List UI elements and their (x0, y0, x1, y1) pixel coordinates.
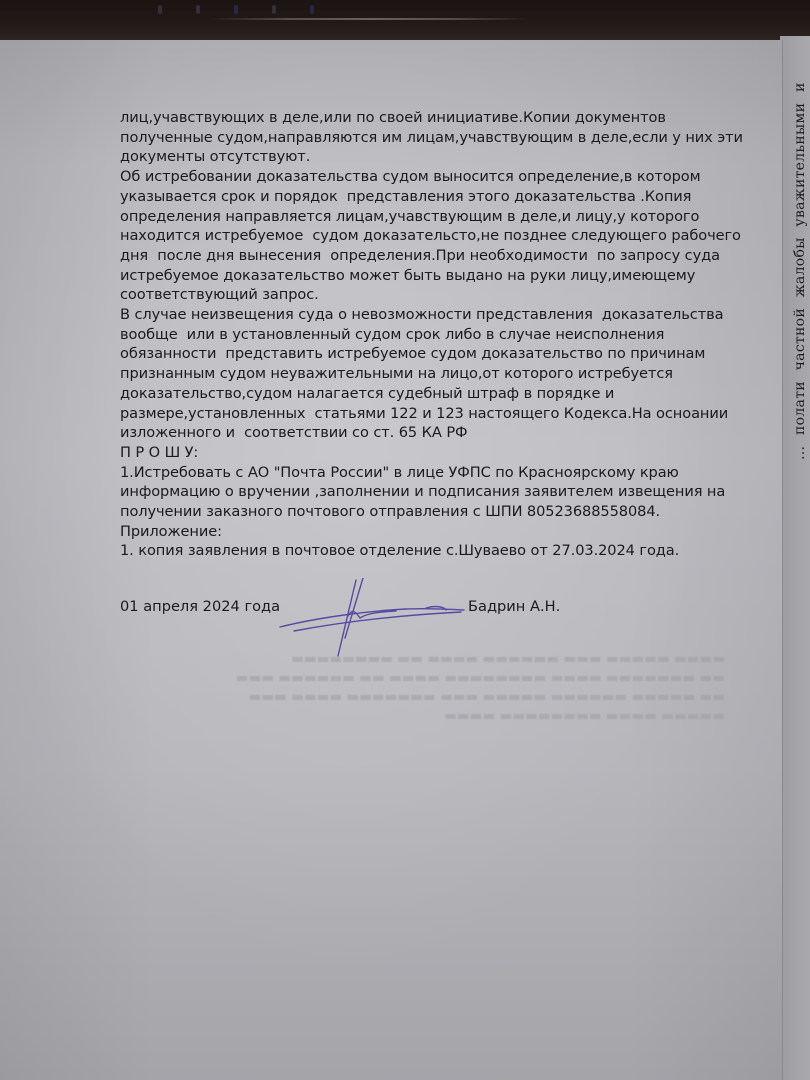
attachment-heading: Приложение: (120, 522, 720, 542)
underlying-page-vertical-text: ... полати частной жалобы уважительными … (792, 82, 808, 460)
body-line: соответствующий запрос. (120, 285, 720, 305)
background-dot (196, 5, 200, 14)
document-body: лиц,учавствующих в деле,или по своей ини… (120, 108, 720, 561)
body-line: признанным судом неуважительными на лицо… (120, 364, 720, 384)
signature-date: 01 апреля 2024 года (120, 598, 280, 615)
handwritten-signature (276, 578, 466, 658)
body-line: указывается срок и порядок представления… (120, 187, 720, 207)
body-line: определения направляется лицам,учавствую… (120, 207, 720, 227)
request-item: 1.Истребовать с АО "Почта России" в лице… (120, 463, 720, 483)
background-glint (210, 18, 530, 20)
body-line: доказательство,судом налагается судебный… (120, 384, 720, 404)
signatory-name: Бадрин А.Н. (468, 598, 560, 615)
bleed-through-text: ▬▬▬▬ ▬▬▬▬▬ ▬▬▬ ▬▬▬▬▬▬ ▬▬▬▬ ▬▬ ▬▬▬▬▬▬▬▬ ▬… (165, 650, 725, 726)
body-line: дня после дня вынесения определения.При … (120, 246, 720, 266)
background-dot (158, 5, 162, 14)
body-line: В случае неизвещения суда о невозможност… (120, 305, 720, 325)
body-line: обязанности представить истребуемое судо… (120, 344, 720, 364)
body-line: полученные судом,направляются им лицам,у… (120, 128, 720, 148)
body-line: изложенного и соответствии со ст. 65 КА … (120, 423, 720, 443)
body-line: лиц,учавствующих в деле,или по своей ини… (120, 108, 720, 128)
background-dot (310, 5, 314, 14)
request-item: информацию о вручении ,заполнении и подп… (120, 482, 720, 502)
dark-background-top (0, 0, 810, 42)
body-line: Об истребовании доказательства судом вын… (120, 167, 720, 187)
body-line: находится истребуемое судом доказательст… (120, 226, 720, 246)
body-line: размере,установленных статьями 122 и 123… (120, 404, 720, 424)
request-heading: П Р О Ш У: (120, 443, 720, 463)
request-item: получении заказного почтового отправлени… (120, 502, 720, 522)
body-line: вообще или в установленный судом срок ли… (120, 325, 720, 345)
background-dot (234, 5, 238, 14)
body-line: истребуемое доказательство может быть вы… (120, 266, 720, 286)
background-dot (272, 5, 276, 14)
attachment-item: 1. копия заявления в почтовое отделение … (120, 541, 720, 561)
body-line: документы отсутствуют. (120, 147, 720, 167)
